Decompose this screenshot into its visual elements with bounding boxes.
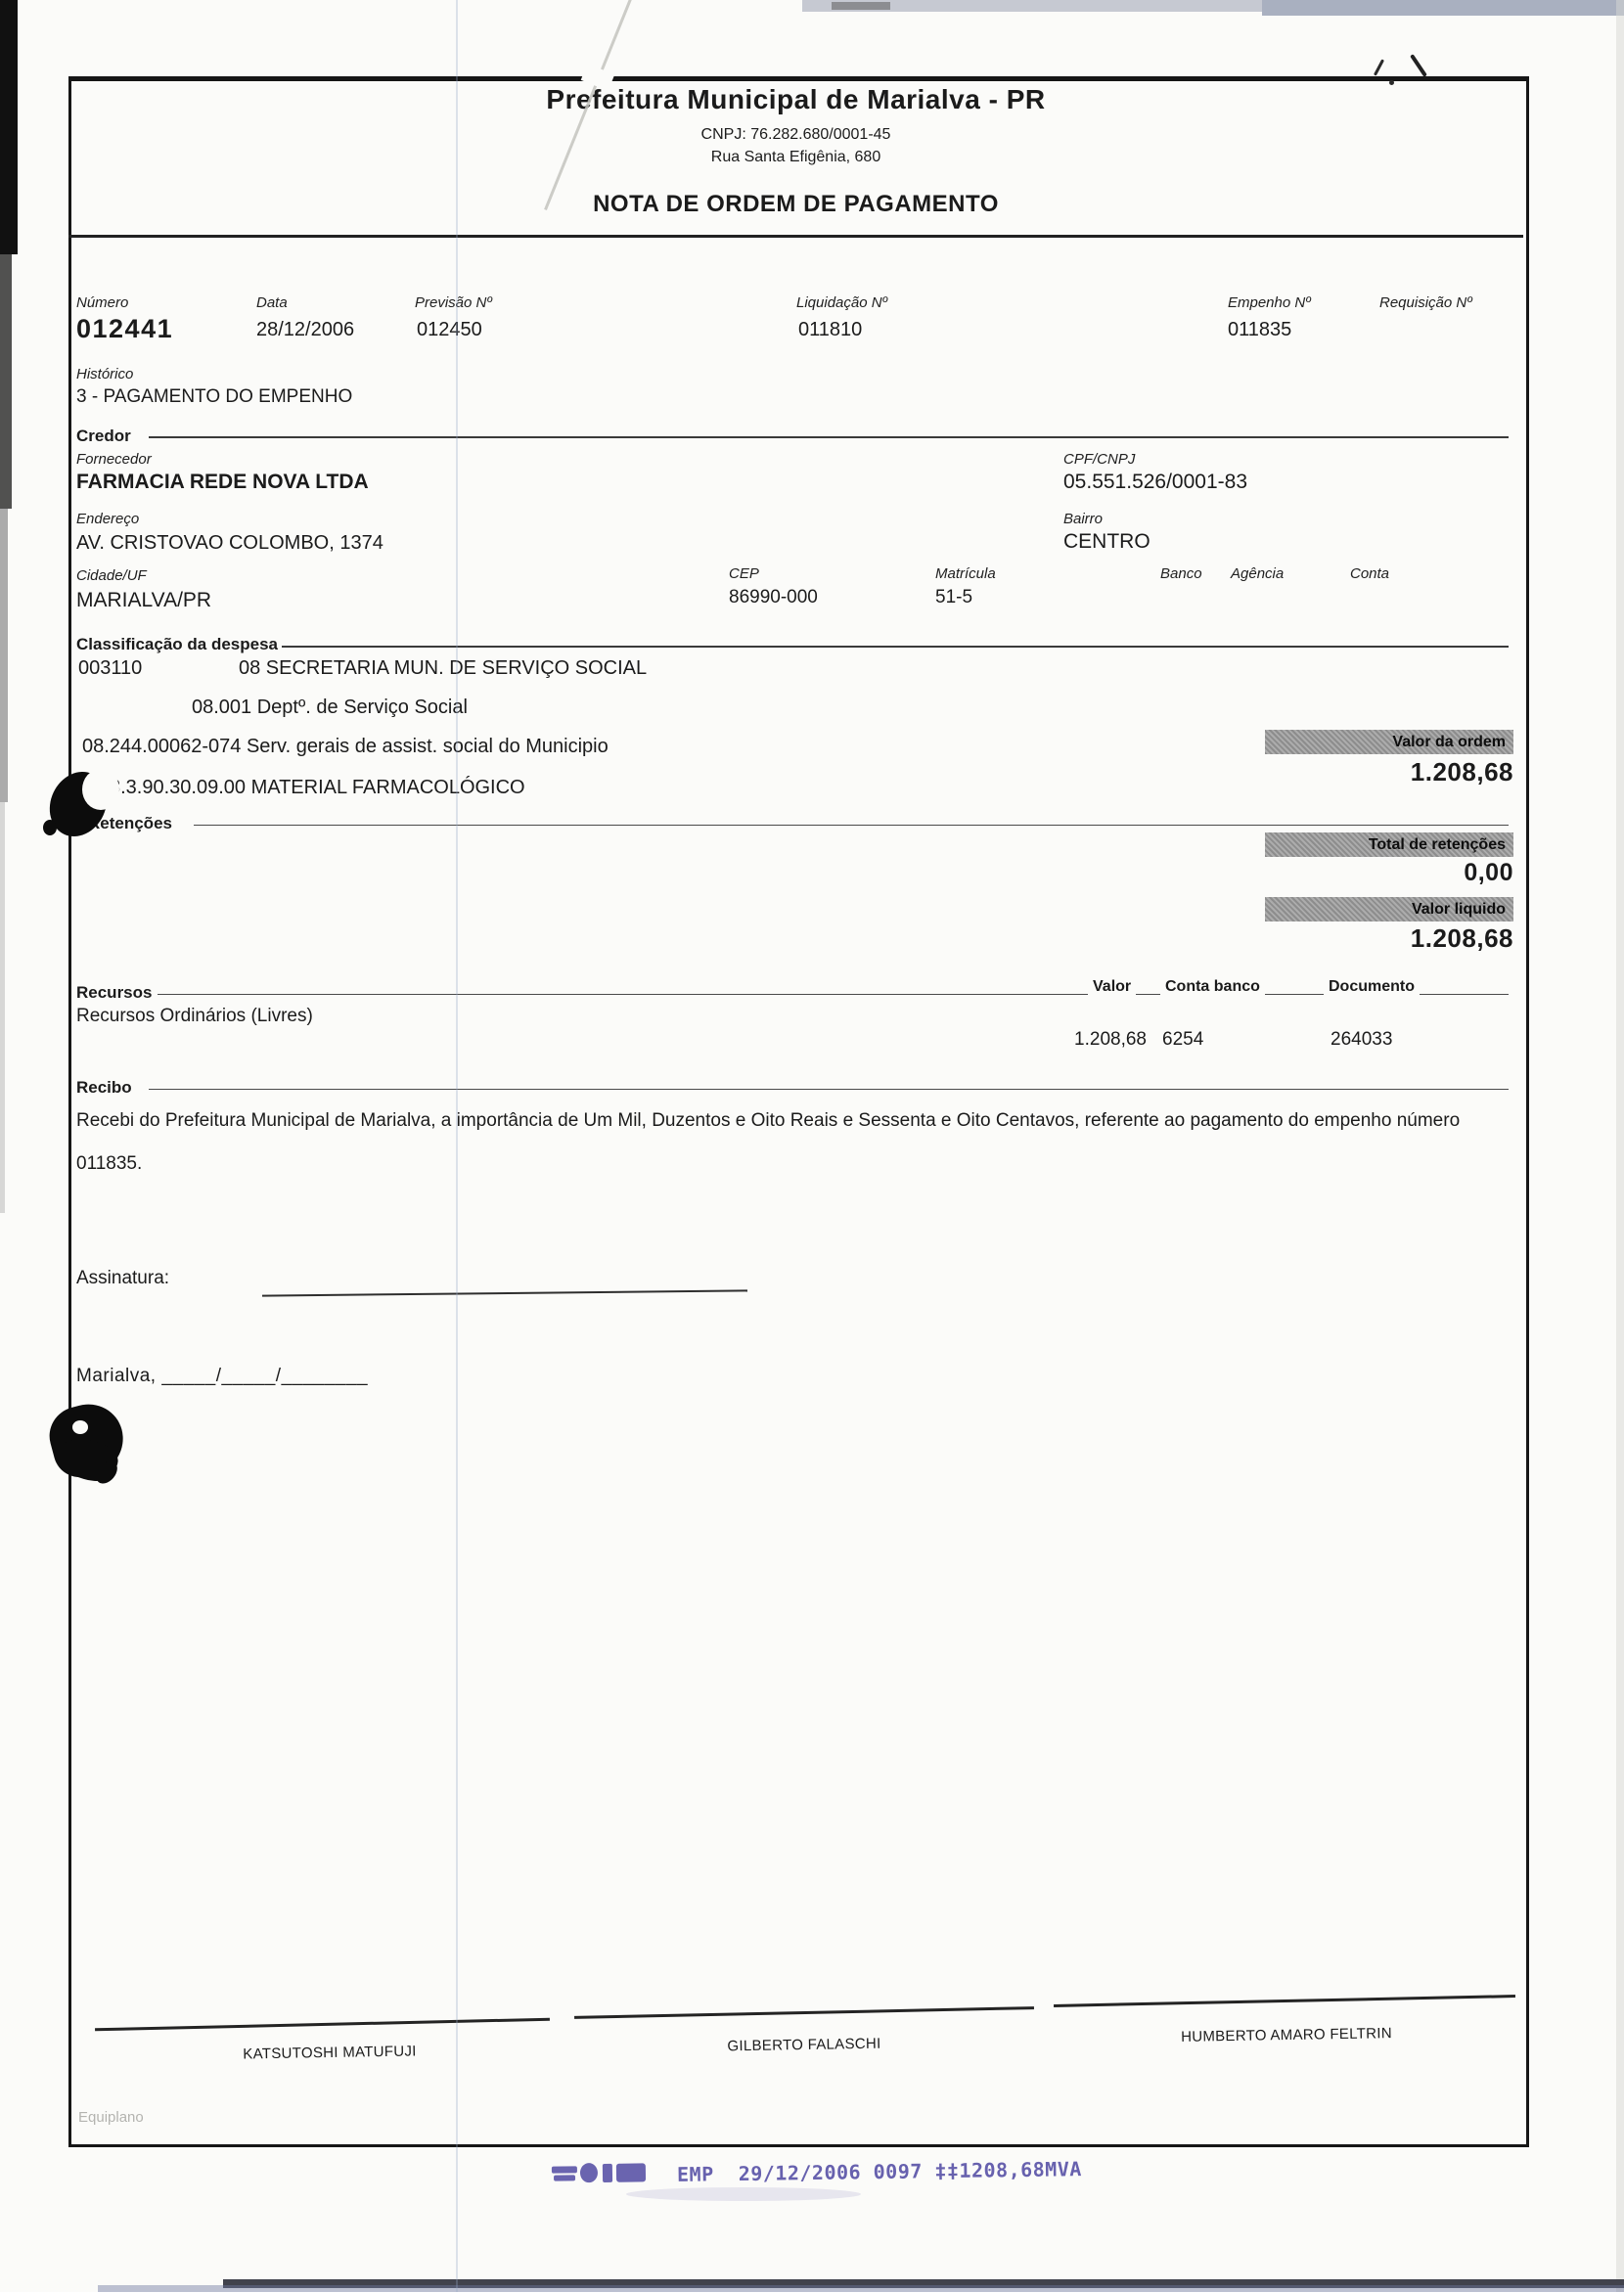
recibo-text: Recebi do Prefeitura Municipal de Marial…	[76, 1100, 1524, 1186]
valor-liquido-bar: Valor liquido	[1265, 897, 1513, 921]
ink-blot-gap	[72, 1420, 88, 1434]
credor-divider	[149, 436, 1509, 438]
previsao-value: 012450	[417, 319, 482, 341]
valor-liquido-value: 1.208,68	[1265, 923, 1513, 954]
data-label: Data	[256, 294, 288, 311]
cidade-uf-value: MARIALVA/PR	[76, 589, 211, 612]
recursos-documento-column-label: Documento	[1324, 978, 1420, 996]
document-title: NOTA DE ORDEM DE PAGAMENTO	[68, 191, 1523, 218]
valor-da-ordem-bar: Valor da ordem	[1265, 730, 1513, 754]
agencia-label: Agência	[1231, 565, 1284, 582]
empenho-value: 011835	[1228, 319, 1291, 341]
ink-blot-gap	[82, 769, 119, 810]
org-cnpj: CNPJ: 76.282.680/0001-45	[68, 126, 1523, 144]
scan-edge-artifact	[0, 802, 5, 1213]
data-local-line: Marialva, _____/_____/________	[76, 1366, 368, 1387]
credor-section-label: Credor	[76, 427, 131, 446]
scan-edge-artifact	[0, 0, 18, 254]
matricula-label: Matrícula	[935, 565, 996, 582]
classificacao-row-code: 003110	[78, 657, 142, 680]
recursos-section-label: Recursos	[76, 983, 158, 1003]
banco-label: Banco	[1160, 565, 1202, 582]
classificacao-row: 3.3.90.30.09.00 MATERIAL FARMACOLÓGICO	[110, 777, 525, 799]
scan-edge-artifact	[832, 2, 890, 10]
classificacao-row-desc: 08 SECRETARIA MUN. DE SERVIÇO SOCIAL	[239, 657, 647, 680]
recursos-conta-banco-column-label: Conta banco	[1160, 978, 1265, 996]
matricula-value: 51-5	[935, 587, 972, 608]
historico-value: 3 - PAGAMENTO DO EMPENHO	[76, 386, 352, 408]
endereco-value: AV. CRISTOVAO COLOMBO, 1374	[76, 532, 383, 555]
stamp-logo-icon	[550, 2157, 652, 2192]
requisicao-label: Requisição Nº	[1379, 294, 1472, 311]
valor-da-ordem-value: 1.208,68	[1265, 757, 1513, 787]
scan-edge-artifact	[98, 2285, 1624, 2292]
cpf-cnpj-value: 05.551.526/0001-83	[1063, 471, 1247, 494]
total-retencoes-bar: Total de retenções	[1265, 832, 1513, 857]
historico-label: Histórico	[76, 366, 133, 382]
scan-edge-artifact	[0, 509, 8, 802]
recursos-row-nome: Recursos Ordinários (Livres)	[76, 1006, 313, 1027]
cpf-cnpj-label: CPF/CNPJ	[1063, 451, 1135, 468]
classificacao-row-code: 3.3.90.30.09.00	[110, 777, 246, 798]
ink-blot	[43, 820, 57, 835]
cep-label: CEP	[729, 565, 759, 582]
scan-edge-artifact	[0, 254, 12, 509]
header-divider	[68, 235, 1523, 238]
scanned-payment-order-page: Prefeitura Municipal de Marialva - PR CN…	[0, 0, 1624, 2292]
conta-label: Conta	[1350, 565, 1389, 582]
cep-value: 86990-000	[729, 587, 818, 608]
endereco-label: Endereço	[76, 511, 139, 527]
retencoes-divider	[194, 825, 1509, 826]
scan-edge-artifact	[223, 2279, 1624, 2288]
recibo-divider	[149, 1089, 1509, 1090]
scan-edge-artifact	[1616, 0, 1624, 2292]
scan-edge-artifact	[1262, 0, 1624, 16]
recursos-row-conta-banco: 6254	[1162, 1029, 1203, 1051]
assinatura-label: Assinatura:	[76, 1268, 169, 1289]
stamp-text: EMP 29/12/2006 0097 ‡‡1208,68MVA	[677, 2157, 1082, 2186]
bairro-value: CENTRO	[1063, 530, 1150, 554]
recursos-divider	[157, 994, 1509, 995]
stamp-smudge	[626, 2187, 861, 2201]
vendor-watermark: Equiplano	[78, 2109, 144, 2126]
total-retencoes-value: 0,00	[1265, 859, 1513, 887]
data-value: 28/12/2006	[256, 319, 354, 341]
recibo-section-label: Recibo	[76, 1078, 132, 1098]
pen-mark	[1389, 80, 1394, 85]
org-name: Prefeitura Municipal de Marialva - PR	[68, 84, 1523, 115]
bairro-label: Bairro	[1063, 511, 1103, 527]
classificacao-section-label: Classificação da despesa	[76, 635, 278, 654]
previsao-label: Previsão Nº	[415, 294, 492, 311]
classificacao-row: 08.001 Deptº. de Serviço Social	[192, 697, 468, 719]
scan-edge-artifact	[802, 0, 1262, 12]
pen-mark	[1410, 54, 1427, 77]
org-address: Rua Santa Efigênia, 680	[68, 149, 1523, 166]
classificacao-row-desc: Deptº. de Serviço Social	[257, 697, 468, 718]
fornecedor-value: FARMACIA REDE NOVA LTDA	[76, 471, 369, 494]
numero-label: Número	[76, 294, 128, 311]
fornecedor-label: Fornecedor	[76, 451, 152, 468]
recursos-row-valor: 1.208,68	[1049, 1029, 1147, 1051]
liquidacao-label: Liquidação Nº	[796, 294, 887, 311]
classificacao-row: 08.244.00062-074 Serv. gerais de assist.…	[82, 736, 609, 758]
classificacao-row-desc: MATERIAL FARMACOLÓGICO	[251, 777, 525, 798]
recursos-row-documento: 264033	[1331, 1029, 1392, 1051]
classificacao-divider	[282, 646, 1509, 648]
classificacao-row-desc: Serv. gerais de assist. social do Munici…	[247, 736, 609, 757]
recursos-valor-column-label: Valor	[1088, 978, 1136, 996]
cidade-uf-label: Cidade/UF	[76, 567, 147, 584]
liquidacao-value: 011810	[798, 319, 862, 341]
empenho-label: Empenho Nº	[1228, 294, 1311, 311]
classificacao-row-code: 08.001	[192, 697, 251, 718]
numero-value: 012441	[76, 314, 173, 344]
pen-mark	[1374, 59, 1384, 75]
classificacao-row-code: 08.244.00062-074	[82, 736, 241, 757]
